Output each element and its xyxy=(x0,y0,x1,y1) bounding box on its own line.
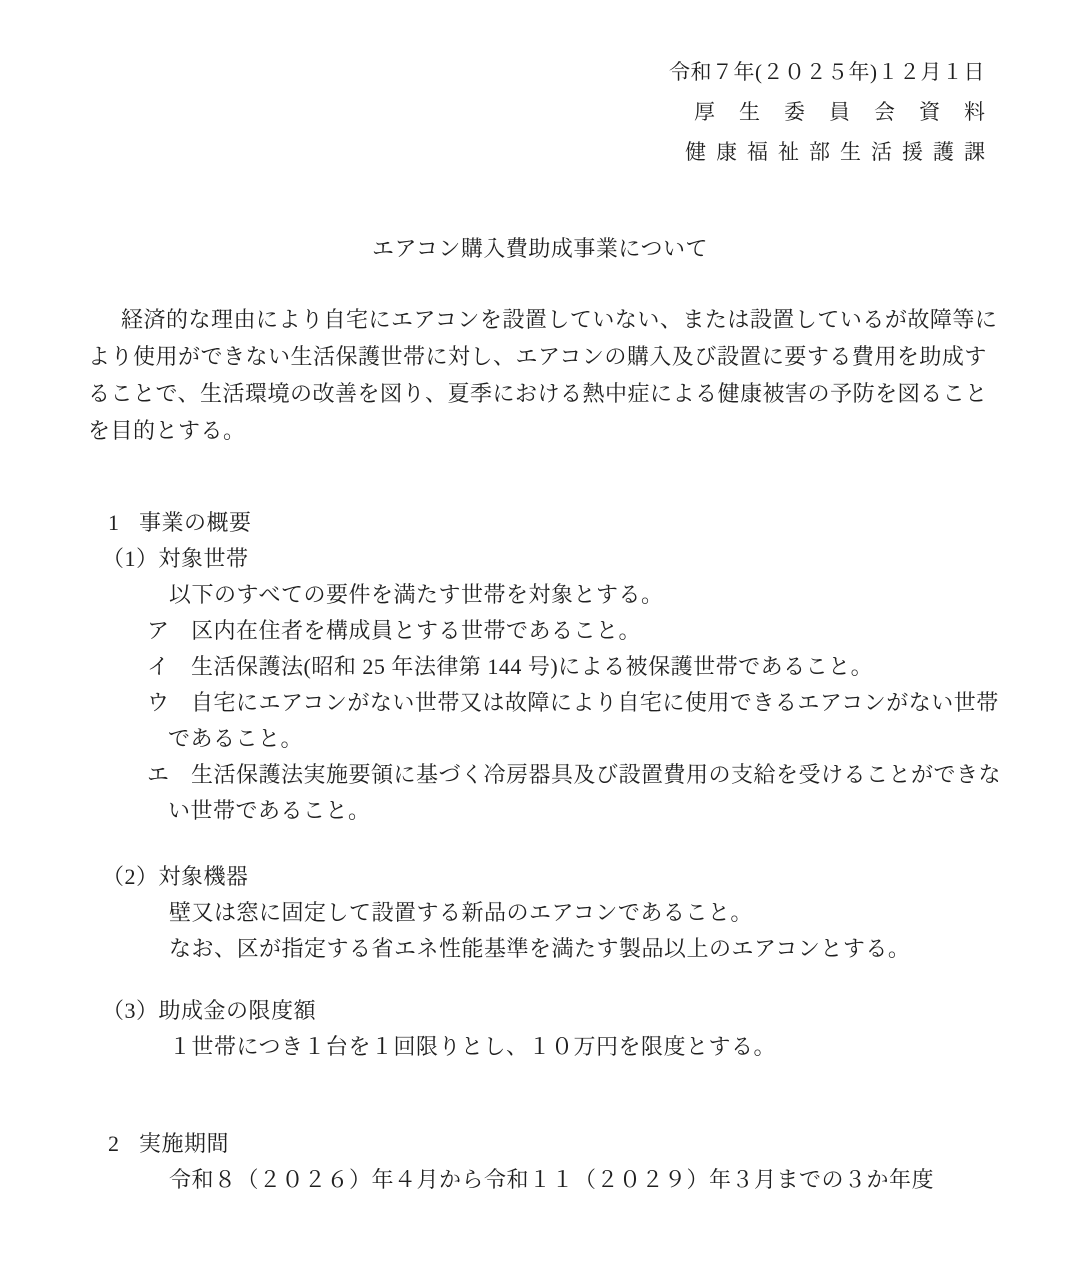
sub-2-line-2: なお、区が指定する省エネ性能基準を満たす製品以上のエアコンとする。 xyxy=(88,931,988,967)
list-item-u: ウ自宅にエアコンがない世帯又は故障により自宅に使用できるエアコンがない世帯 xyxy=(88,685,988,721)
sub-2-number: （2） xyxy=(102,864,159,889)
list-marker-u: ウ xyxy=(147,685,191,721)
sub-1-heading: （1）対象世帯 xyxy=(88,541,988,577)
document-page: 令和７年(２０２５年)１２月１日 厚生委員会資料 健康福祉部生活援護課 エアコン… xyxy=(0,0,1080,1285)
intro-line-3: ることで、生活環境の改善を図り、夏季における熱中症による健康被害の予防を図ること xyxy=(88,375,988,412)
header-date: 令和７年(２０２５年)１２月１日 xyxy=(0,52,985,92)
list-item-u-text: 自宅にエアコンがない世帯又は故障により自宅に使用できるエアコンがない世帯 xyxy=(191,690,999,715)
document-title: エアコン購入費助成事業について xyxy=(0,230,1080,267)
section-2-heading: 2実施期間 xyxy=(88,1126,988,1162)
section-2-number: 2 xyxy=(108,1126,139,1162)
sub-1-number: （1） xyxy=(102,546,159,571)
list-item-e-text: 生活保護法実施要領に基づく冷房器具及び設置費用の支給を受けることができな xyxy=(191,762,1001,787)
list-marker-i: イ xyxy=(147,649,191,685)
section-2-heading-text: 実施期間 xyxy=(139,1131,229,1156)
header-committee-text: 厚生委員会資料 xyxy=(694,100,1009,124)
sub-2-line-1: 壁又は窓に固定して設置する新品のエアコンであること。 xyxy=(88,895,988,931)
section-1-sub-2: （2）対象機器 壁又は窓に固定して設置する新品のエアコンであること。 なお、区が… xyxy=(88,859,988,967)
header-committee: 厚生委員会資料 xyxy=(0,92,985,132)
list-item-a-text: 区内在住者を構成員とする世帯であること。 xyxy=(191,618,641,643)
section-1-sub-1: （1）対象世帯 以下のすべての要件を満たす世帯を対象とする。 ア区内在住者を構成… xyxy=(88,541,988,829)
sub-3-number: （3） xyxy=(102,998,159,1023)
intro-paragraph: 経済的な理由により自宅にエアコンを設置していない、または設置しているが故障等に … xyxy=(88,301,988,449)
sub-1-heading-text: 対象世帯 xyxy=(159,546,249,571)
header-department-text: 健康福祉部生活援護課 xyxy=(685,140,995,164)
list-marker-a: ア xyxy=(147,613,191,649)
sub-2-heading: （2）対象機器 xyxy=(88,859,988,895)
section-1-number: 1 xyxy=(108,505,139,541)
list-item-i: イ生活保護法(昭和 25 年法律第 144 号)による被保護世帯であること。 xyxy=(88,649,988,685)
section-1: 1事業の概要 （1）対象世帯 以下のすべての要件を満たす世帯を対象とする。 ア区… xyxy=(88,505,988,1065)
document-body: 経済的な理由により自宅にエアコンを設置していない、または設置しているが故障等に … xyxy=(0,301,1080,1198)
sub-3-heading-text: 助成金の限度額 xyxy=(159,998,317,1023)
document-header: 令和７年(２０２５年)１２月１日 厚生委員会資料 健康福祉部生活援護課 xyxy=(0,0,1080,172)
section-2: 2実施期間 令和８（２０２６）年４月から令和１１（２０２９）年３月までの３か年度 xyxy=(88,1126,988,1198)
section-1-heading-text: 事業の概要 xyxy=(139,510,252,535)
sub-1-lead: 以下のすべての要件を満たす世帯を対象とする。 xyxy=(88,577,988,613)
list-marker-e: エ xyxy=(147,757,191,793)
section-1-heading: 1事業の概要 xyxy=(88,505,988,541)
list-item-u-continuation: であること。 xyxy=(88,721,988,757)
list-item-i-text: 生活保護法(昭和 25 年法律第 144 号)による被保護世帯であること。 xyxy=(191,654,873,679)
sub-3-heading: （3）助成金の限度額 xyxy=(88,993,988,1029)
section-1-sub-3: （3）助成金の限度額 １世帯につき１台を１回限りとし、１０万円を限度とする。 xyxy=(88,993,988,1065)
header-department: 健康福祉部生活援護課 xyxy=(0,132,985,172)
sub-3-line-1: １世帯につき１台を１回限りとし、１０万円を限度とする。 xyxy=(88,1029,988,1065)
intro-line-4: を目的とする。 xyxy=(88,412,988,449)
list-item-e-continuation: い世帯であること。 xyxy=(88,793,988,829)
list-item-a: ア区内在住者を構成員とする世帯であること。 xyxy=(88,613,988,649)
list-item-e: エ生活保護法実施要領に基づく冷房器具及び設置費用の支給を受けることができな xyxy=(88,757,988,793)
intro-line-1: 経済的な理由により自宅にエアコンを設置していない、または設置しているが故障等に xyxy=(88,301,988,338)
sub-2-heading-text: 対象機器 xyxy=(159,864,249,889)
section-2-line-1: 令和８（２０２６）年４月から令和１１（２０２９）年３月までの３か年度 xyxy=(88,1162,988,1198)
intro-line-2: より使用ができない生活保護世帯に対し、エアコンの購入及び設置に要する費用を助成す xyxy=(88,338,988,375)
